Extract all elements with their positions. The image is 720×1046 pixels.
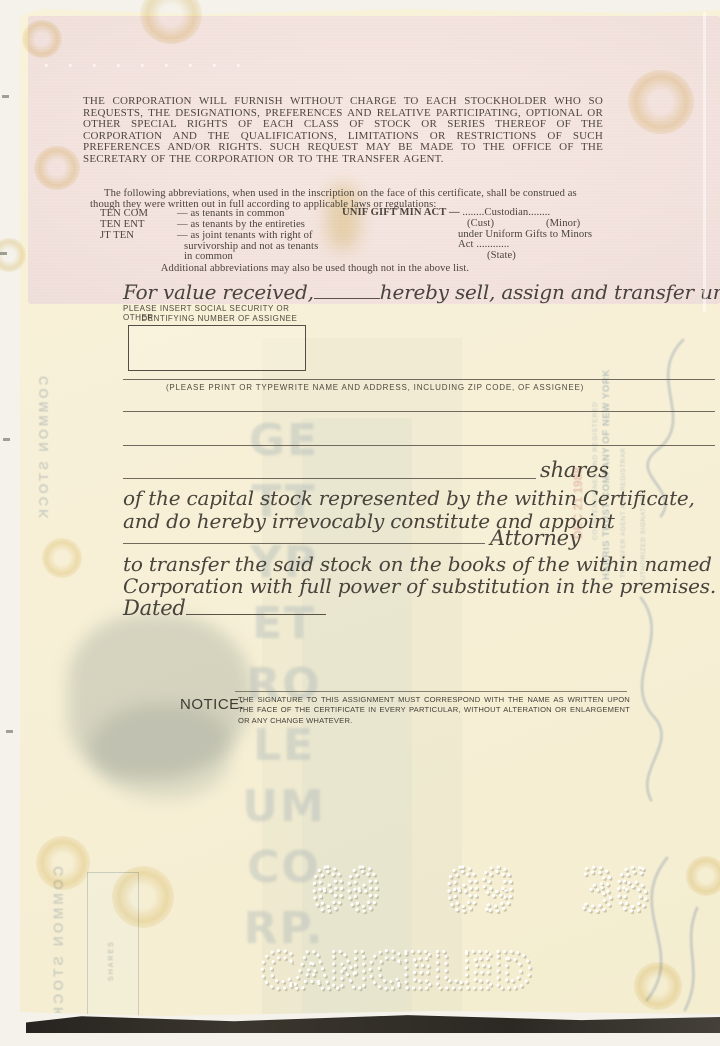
ghost-vignette-lower [90,704,230,799]
abbr-jt-ten-def3: in common [184,251,233,262]
for-value-row: For value received, hereby sell, assign … [123,280,720,304]
punched-canceled-row: CANCELED CANCELED [246,922,546,1017]
edge-nick-2 [0,252,7,255]
shares-label: shares [540,458,609,482]
abbreviations-intro-line1: The following abbreviations, when used i… [90,188,635,199]
abbr-act-line: Act ............ [458,239,509,250]
edge-nick-3 [3,438,10,441]
capital-stock-line1: of the capital stock represented by the … [123,486,695,510]
abbr-additional-note: Additional abbreviations may also be use… [160,263,470,274]
edge-nick-1 [2,95,9,98]
punched-canceled: CANCELED [260,942,532,1000]
sell-assign-transfer-text: hereby sell, assign and transfer unto [380,280,720,304]
ssn-entry-box [128,325,306,371]
notice-text: THE SIGNATURE TO THIS ASSIGNMENT MUST CO… [238,695,630,726]
punched-digits: 00 09 36 [310,856,649,924]
scanned-certificate-back: { "legal": { "paragraph": "THE CORPORATI… [0,0,720,1046]
dated-row: Dated [123,596,326,620]
ghost-shares-label: SHARES [108,911,115,981]
abbr-ten-ent-def: — as tenants by the entireties [177,219,305,230]
edge-nick-4 [6,730,13,733]
for-value-received-text: For value received, [123,280,314,304]
legal-notice-paragraph: THE CORPORATION WILL FURNISH WITHOUT CHA… [83,96,603,166]
stain-left-mid [34,146,80,190]
print-instruction: (PLEASE PRINT OR TYPEWRITE NAME AND ADDR… [160,383,590,392]
attorney-label: Attorney [490,526,581,550]
assignee-line-1 [123,379,715,380]
abbr-jt-ten-def: — as joint tenants with right of [177,230,313,241]
abbr-ten-com-def: — as tenants in common [177,208,285,219]
stain-bottom-left [36,836,90,890]
abbr-minor-label: (Minor) [546,218,580,229]
assignee-line-2 [123,411,715,412]
scan-bottom-edge [26,1014,720,1033]
dated-blank-line [186,600,326,615]
right-edge-crease [703,12,706,312]
transfer-books-line2: Corporation with full power of substitut… [123,574,716,598]
ghost-common-stock-upper: COMMON STOCK [36,376,51,498]
ssn-instruction-line2: IDENTIFYING NUMBER OF ASSIGNEE [123,314,313,323]
abbr-jt-ten: JT TEN [100,230,134,241]
custodian-dotted-line: ........Custodian........ [462,207,550,218]
abbr-cust-label: (Cust) [467,218,494,229]
stain-mid-left [42,538,82,578]
assignee-line-3 [123,445,715,446]
shares-line [123,478,536,479]
abbr-ten-com: TEN COM [100,208,148,219]
transfer-books-line1: to transfer the said stock on the books … [123,552,712,576]
stain-top-right [628,70,694,134]
abbr-state-label: (State) [487,250,516,261]
stain-bottom-left-2 [112,866,174,928]
stain-right-lower [686,856,720,896]
abbr-ten-ent: TEN ENT [100,219,145,230]
unif-gift-min-act: UNIF GIFT MIN ACT — [342,207,460,218]
consideration-blank-line [314,284,380,299]
perforation-dots-row [45,64,255,67]
abbr-unif-label: UNIF GIFT MIN ACT — ........Custodian...… [342,207,550,218]
stain-upper-left-corner [22,20,62,58]
attorney-blank-line [123,543,485,544]
stain-bottom-right [634,962,682,1010]
dated-label: Dated [123,596,186,620]
notice-label: NOTICE: [180,696,244,713]
notice-top-rule [235,691,627,692]
